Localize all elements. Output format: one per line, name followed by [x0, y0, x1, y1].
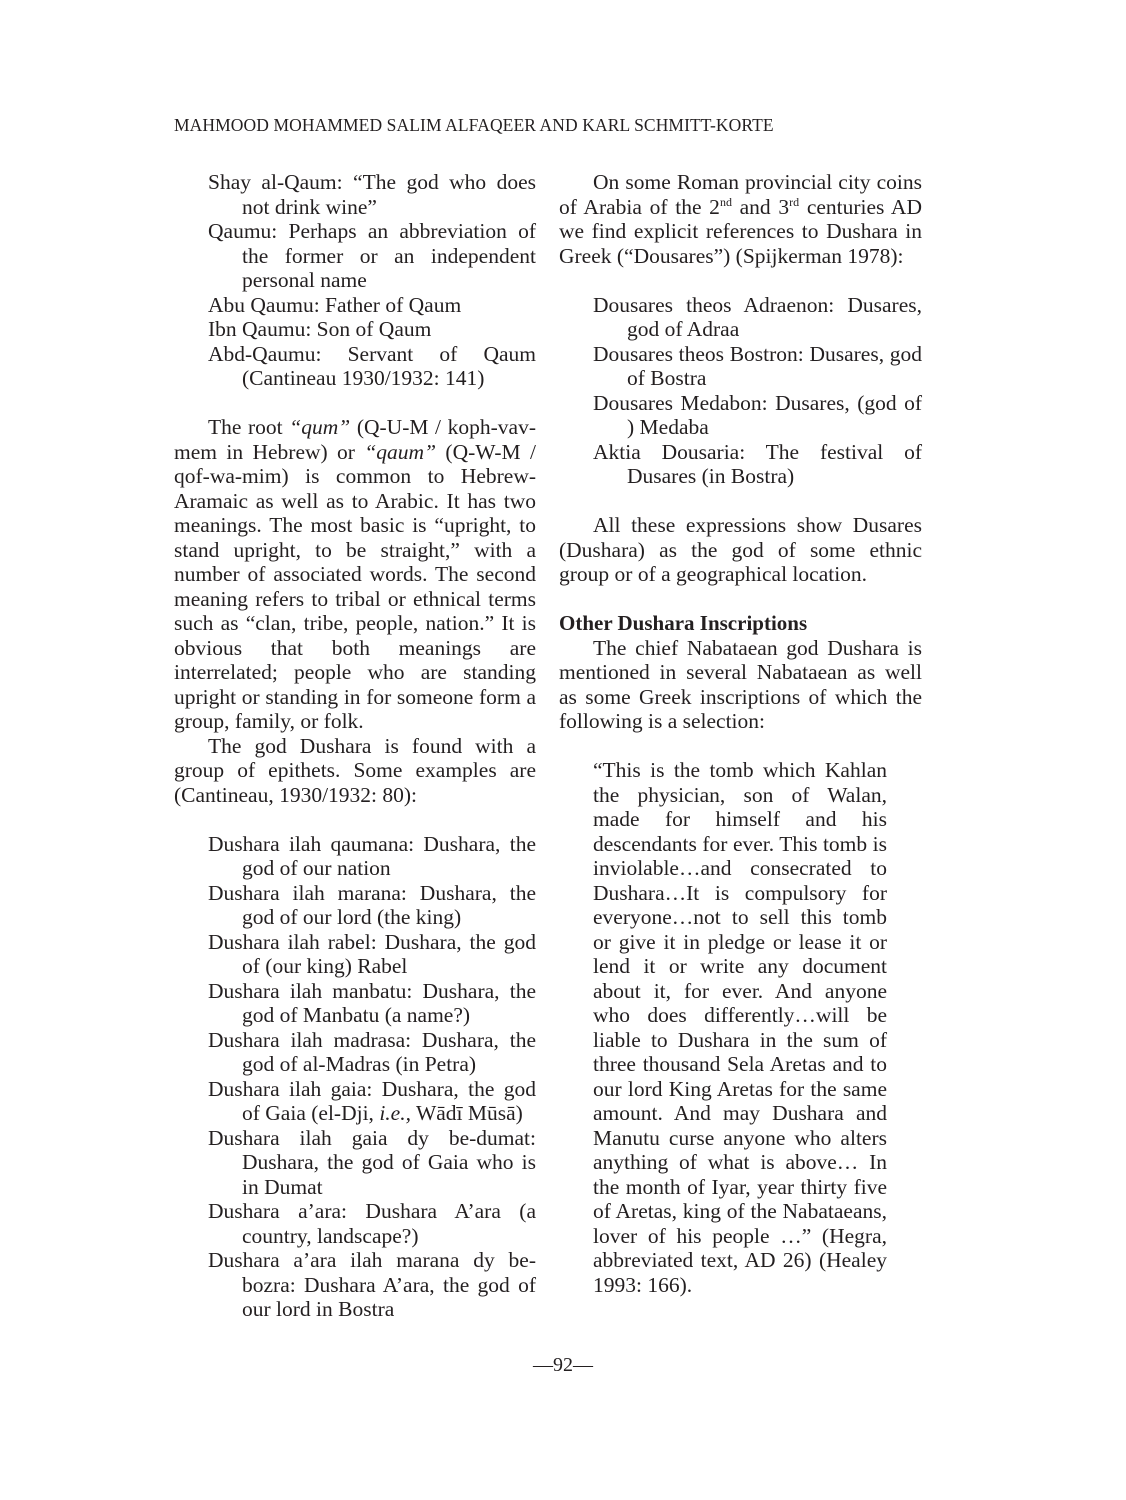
epithets-intro-paragraph: The god Dushara is found with a group of… — [174, 734, 536, 808]
list-item: Ibn Qaumu: Son of Qaum — [208, 317, 536, 342]
epithets-list: Dushara ilah qaumana: Dushara, the god o… — [208, 832, 536, 1322]
left-column: Shay al-Qaum: “The god who does not drin… — [174, 170, 536, 1322]
list-item: Aktia Dousaria: The festival of Dusares … — [593, 440, 922, 489]
list-item: Dushara ilah manbatu: Dushara, the god o… — [208, 979, 536, 1028]
expressions-paragraph: All these expressions show Dusares (Dush… — [559, 513, 922, 587]
superscript: nd — [720, 194, 732, 208]
list-item: Dushara a’ara: Dushara A’ara (a country,… — [208, 1199, 536, 1248]
list-item: Dushara ilah madrasa: Dushara, the god o… — [208, 1028, 536, 1077]
list-item: Dousares theos Adraenon: Dusares, god of… — [593, 293, 922, 342]
list-item: Qaumu: Perhaps an abbreviation of the fo… — [208, 219, 536, 293]
list-item: Dushara ilah gaia dy be-dumat: Dushara, … — [208, 1126, 536, 1200]
qaum-names-list: Shay al-Qaum: “The god who does not drin… — [208, 170, 536, 391]
root-paragraph: The root “qum” (Q-U-M / koph-vav-mem in … — [174, 415, 536, 734]
coins-paragraph: On some Roman provincial city coins of A… — [559, 170, 922, 268]
running-head: MAHMOOD MOHAMMED SALIM ALFAQEER AND KARL… — [174, 115, 774, 136]
list-item: Shay al-Qaum: “The god who does not drin… — [208, 170, 536, 219]
section-heading: Other Dushara Inscriptions — [559, 611, 922, 636]
list-item: Dushara a’ara ilah marana dy be-bozra: D… — [208, 1248, 536, 1322]
text-span: and 3 — [732, 195, 789, 219]
text-span: The root — [208, 415, 289, 439]
list-item: Dousares Medabon: Dusares, (god of ) Med… — [593, 391, 922, 440]
page-number: —92— — [0, 1354, 1126, 1377]
italic-term: “qum” — [289, 415, 350, 439]
list-item: Dushara ilah gaia: Dushara, the god of G… — [208, 1077, 536, 1126]
coin-legends-list: Dousares theos Adraenon: Dusares, god of… — [593, 293, 922, 489]
italic-term: i.e., — [379, 1101, 411, 1125]
list-item: Dushara ilah rabel: Dushara, the god of … — [208, 930, 536, 979]
inscription-quote: “This is the tomb which Kahlan the physi… — [593, 758, 887, 1297]
italic-term: “qaum” — [364, 440, 436, 464]
list-item: Dushara ilah marana: Dushara, the god of… — [208, 881, 536, 930]
inscriptions-intro-paragraph: The chief Nabataean god Dushara is menti… — [559, 636, 922, 734]
list-item: Abd-Qaumu: Servant of Qaum (Cantineau 19… — [208, 342, 536, 391]
list-item: Dousares theos Bostron: Dusares, god of … — [593, 342, 922, 391]
text-span: (Q-W-M / qof-wa-mim) is common to Hebrew… — [174, 440, 536, 734]
text-span: Wādī Mūsā) — [411, 1101, 523, 1125]
superscript: rd — [789, 194, 799, 208]
list-item: Dushara ilah qaumana: Dushara, the god o… — [208, 832, 536, 881]
list-item: Abu Qaumu: Father of Qaum — [208, 293, 536, 318]
right-column: On some Roman provincial city coins of A… — [559, 170, 922, 1319]
